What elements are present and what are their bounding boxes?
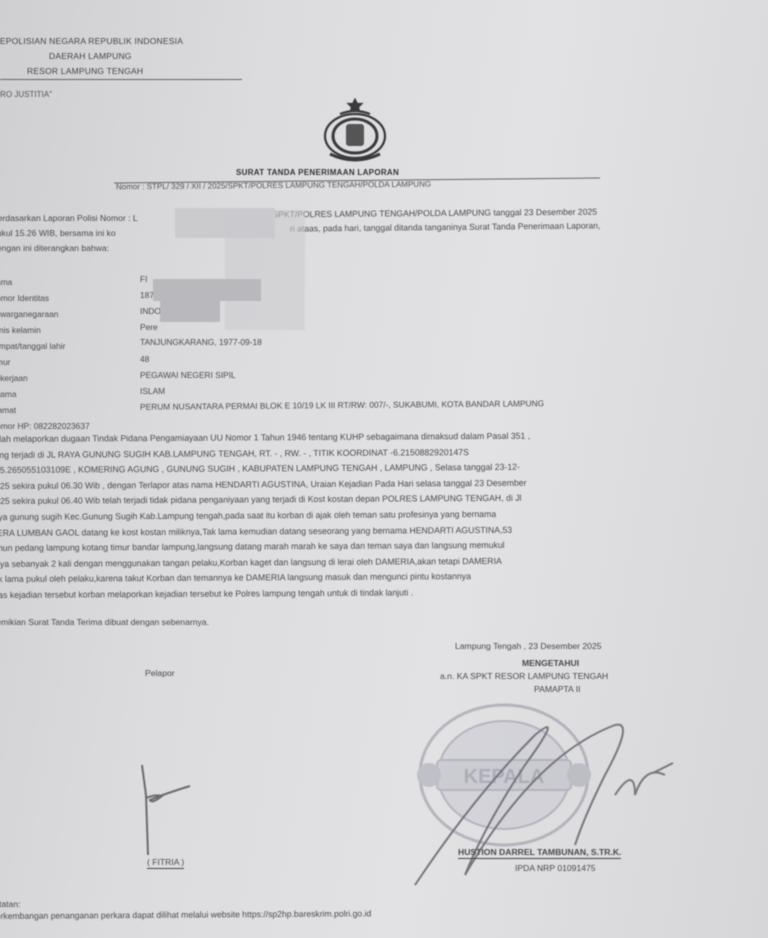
motto: "PRO JUSTITIA" [0,90,52,99]
identity-value: ISLAM [140,386,165,396]
identity-label: Pekerjaan [0,373,28,383]
intro-line1-a: Berdasarkan Laporan Polisi Nomor : L [0,213,138,223]
report-line: tak lama pukul oleh pelaku,karena takut … [0,569,531,588]
police-emblem-icon [318,98,392,164]
redaction [160,300,220,322]
intro-line2-a: pukul 15.26 WIB, bersama ini ko [0,228,116,238]
letterhead-line1: KEPOLISIAN NEGARA REPUBLIK INDONESIA [0,36,183,46]
identity-value: Pere [140,322,158,332]
footer-label: Catatan: [0,899,21,909]
identity-value: INDO [140,306,161,316]
redaction [225,210,305,330]
reporter-name: ( FITRIA ) [147,857,184,869]
document-number: Nomor : STPL/ 329 / XII / 2025/SPKT/POLR… [116,180,431,192]
identity-value: TANJUNGKARANG, 1977-09-18 [140,337,262,347]
officer-name: HUSTION DARREL TAMBUNAN, S.TR.K. [458,847,621,859]
identity-label: Nomor Identitas [0,293,49,303]
identity-value: PEGAWAI NEGERI SIPIL [140,370,236,380]
acknowledged-label: MENGETAHUI [522,658,579,668]
identity-label: Kewarganegaraan [0,309,58,319]
identity-value: 48 [140,354,149,364]
intro-line3: dengan ini diterangkan bahwa: [0,243,109,253]
identity-label: Jenis kelamin [0,325,41,335]
closing-statement: Demikian Surat Tanda Terima dibuat denga… [0,617,209,627]
document-title: SURAT TANDA PENERIMAAN LAPORAN [236,168,399,177]
footer-note: Perkembangan penanganan perkara dapat di… [0,908,371,921]
letterhead-divider [0,79,242,80]
identity-label: Agama [0,389,17,399]
report-line: atas kejadian tersebut korban melaporkan… [0,585,531,604]
rank-title: PAMAPTA II [534,684,580,694]
identity-label: Alamat [0,405,16,415]
officer-id: IPDA NRP 01091475 [515,863,596,873]
identity-value: 187 [140,290,154,300]
identity-label: Umur [0,357,10,367]
letterhead-line2: DAERAH LAMPUNG [49,51,132,61]
reporter-signature-icon [130,760,210,860]
intro-line1-b: /SPKT/POLRES LAMPUNG TENGAH/POLDA LAMPUN… [270,207,597,220]
phone-line: Nomor HP: 082282023637 [0,421,90,431]
identity-label: Nama [0,277,12,287]
report-body: Telah melaporkan dugaan Tindak Pidana Pe… [0,429,531,604]
on-behalf: a.n. KA SPKT RESOR LAMPUNG TENGAH [440,671,608,681]
report-document: KEPOLISIAN NEGARA REPUBLIK INDONESIA DAE… [0,0,768,938]
letterhead-line3: RESOR LAMPUNG TENGAH [27,66,143,76]
redaction [153,279,261,301]
identity-label: Tempat/tanggal lahir [0,341,65,351]
identity-value: FI [140,274,147,284]
identity-value: PERUM NUSANTARA PERMAI BLOK E 10/19 LK I… [140,398,544,412]
reporter-label: Pelapor [145,668,175,678]
intro-line2-b: ri ataas, pada hari, tanggal ditanda tan… [290,220,600,233]
place-date: Lampung Tengah , 23 Desember 2025 [455,641,602,651]
